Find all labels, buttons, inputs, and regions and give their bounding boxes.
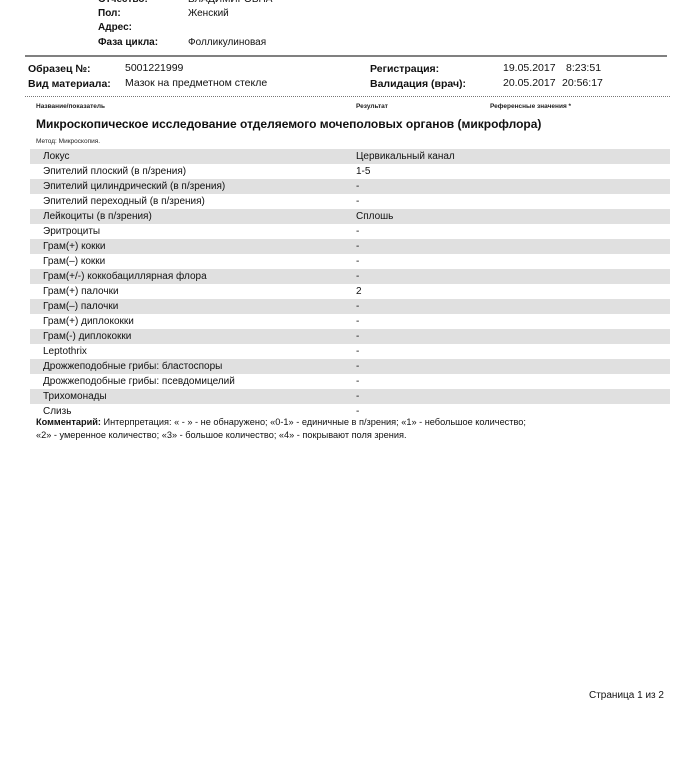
row-name: Локус — [43, 149, 70, 164]
table-row: Leptothrix- — [30, 344, 670, 359]
table-row: Лейкоциты (в п/зрения)Сплошь — [30, 209, 670, 224]
sample-number-value: 5001221999 — [125, 62, 183, 74]
row-name: Трихомонады — [43, 389, 107, 404]
table-row: Грам(+) диплококки- — [30, 314, 670, 329]
registration-date: 19.05.2017 — [503, 62, 556, 74]
table-row: Грам(-) диплококки- — [30, 329, 670, 344]
table-row: Эритроциты- — [30, 224, 670, 239]
row-result: - — [356, 344, 359, 359]
row-name: Leptothrix — [43, 344, 87, 359]
results-table: ЛокусЦервикальный каналЭпителий плоский … — [30, 149, 670, 419]
patronymic-value: ВЛАДИМИРОВНА — [188, 0, 272, 5]
table-row: Эпителий цилиндрический (в п/зрения)- — [30, 179, 670, 194]
row-result: - — [356, 329, 359, 344]
sex-value: Женский — [188, 8, 229, 19]
address-label: Адрес: — [98, 22, 132, 33]
row-result: - — [356, 239, 359, 254]
row-name: Дрожжеподобные грибы: псевдомицелий — [43, 374, 235, 389]
table-row: ЛокусЦервикальный канал — [30, 149, 670, 164]
table-row: Грам(+) палочки2 — [30, 284, 670, 299]
patronymic-label: Отчество: — [98, 0, 148, 5]
row-result: - — [356, 314, 359, 329]
row-result: - — [356, 374, 359, 389]
row-name: Эпителий цилиндрический (в п/зрения) — [43, 179, 225, 194]
row-name: Грам(–) палочки — [43, 299, 118, 314]
row-result: - — [356, 254, 359, 269]
row-result: - — [356, 389, 359, 404]
validation-time: 20:56:17 — [562, 77, 603, 89]
sample-number-label: Образец №: — [28, 63, 91, 75]
info-divider — [25, 96, 670, 97]
row-name: Лейкоциты (в п/зрения) — [43, 209, 152, 224]
column-header-result: Результат — [356, 103, 388, 110]
registration-time: 8:23:51 — [566, 62, 601, 74]
row-name: Эритроциты — [43, 224, 100, 239]
row-name: Эпителий переходный (в п/зрения) — [43, 194, 205, 209]
validation-date: 20.05.2017 — [503, 77, 556, 89]
material-value: Мазок на предметном стекле — [125, 77, 267, 89]
row-name: Грам(+) диплококки — [43, 314, 134, 329]
row-result: Сплошь — [356, 209, 393, 224]
method-text: Метод: Микроскопия. — [36, 138, 100, 145]
row-result: 2 — [356, 284, 362, 299]
row-name: Грам(–) кокки — [43, 254, 105, 269]
table-row: Грам(+/-) коккобациллярная флора- — [30, 269, 670, 284]
sex-label: Пол: — [98, 8, 121, 19]
column-header-reference: Референсные значения * — [490, 103, 571, 110]
table-row: Трихомонады- — [30, 389, 670, 404]
registration-label: Регистрация: — [370, 63, 439, 75]
material-label: Вид материала: — [28, 78, 111, 90]
row-name: Грам(+/-) коккобациллярная флора — [43, 269, 207, 284]
row-result: Цервикальный канал — [356, 149, 455, 164]
table-row: Грам(–) кокки- — [30, 254, 670, 269]
cycle-phase-label: Фаза цикла: — [98, 37, 158, 48]
row-result: - — [356, 359, 359, 374]
row-name: Грам(+) кокки — [43, 239, 106, 254]
row-result: - — [356, 194, 359, 209]
comment-block: Комментарий: Интерпретация: « - » - не о… — [36, 416, 526, 442]
table-row: Эпителий переходный (в п/зрения)- — [30, 194, 670, 209]
comment-label: Комментарий: — [36, 417, 101, 427]
row-name: Дрожжеподобные грибы: бластоспоры — [43, 359, 222, 374]
cycle-phase-value: Фолликулиновая — [188, 37, 266, 48]
row-result: - — [356, 299, 359, 314]
row-name: Грам(+) палочки — [43, 284, 119, 299]
page-number: Страница 1 из 2 — [589, 690, 664, 701]
section-title: Микроскопическое исследование отделяемог… — [36, 117, 541, 131]
table-row: Грам(+) кокки- — [30, 239, 670, 254]
table-row: Дрожжеподобные грибы: бластоспоры- — [30, 359, 670, 374]
validation-label: Валидация (врач): — [370, 78, 466, 90]
header-divider — [25, 55, 667, 57]
table-row: Грам(–) палочки- — [30, 299, 670, 314]
table-row: Эпителий плоский (в п/зрения)1-5 — [30, 164, 670, 179]
row-name: Грам(-) диплококки — [43, 329, 131, 344]
row-result: 1-5 — [356, 164, 370, 179]
row-name: Эпителий плоский (в п/зрения) — [43, 164, 186, 179]
row-result: - — [356, 269, 359, 284]
column-header-name: Название/показатель — [36, 103, 105, 110]
comment-line-2: «2» - умеренное количество; «3» - большо… — [36, 429, 526, 442]
comment-line-1: Интерпретация: « - » - не обнаружено; «0… — [101, 417, 526, 427]
row-result: - — [356, 179, 359, 194]
row-result: - — [356, 224, 359, 239]
table-row: Дрожжеподобные грибы: псевдомицелий- — [30, 374, 670, 389]
